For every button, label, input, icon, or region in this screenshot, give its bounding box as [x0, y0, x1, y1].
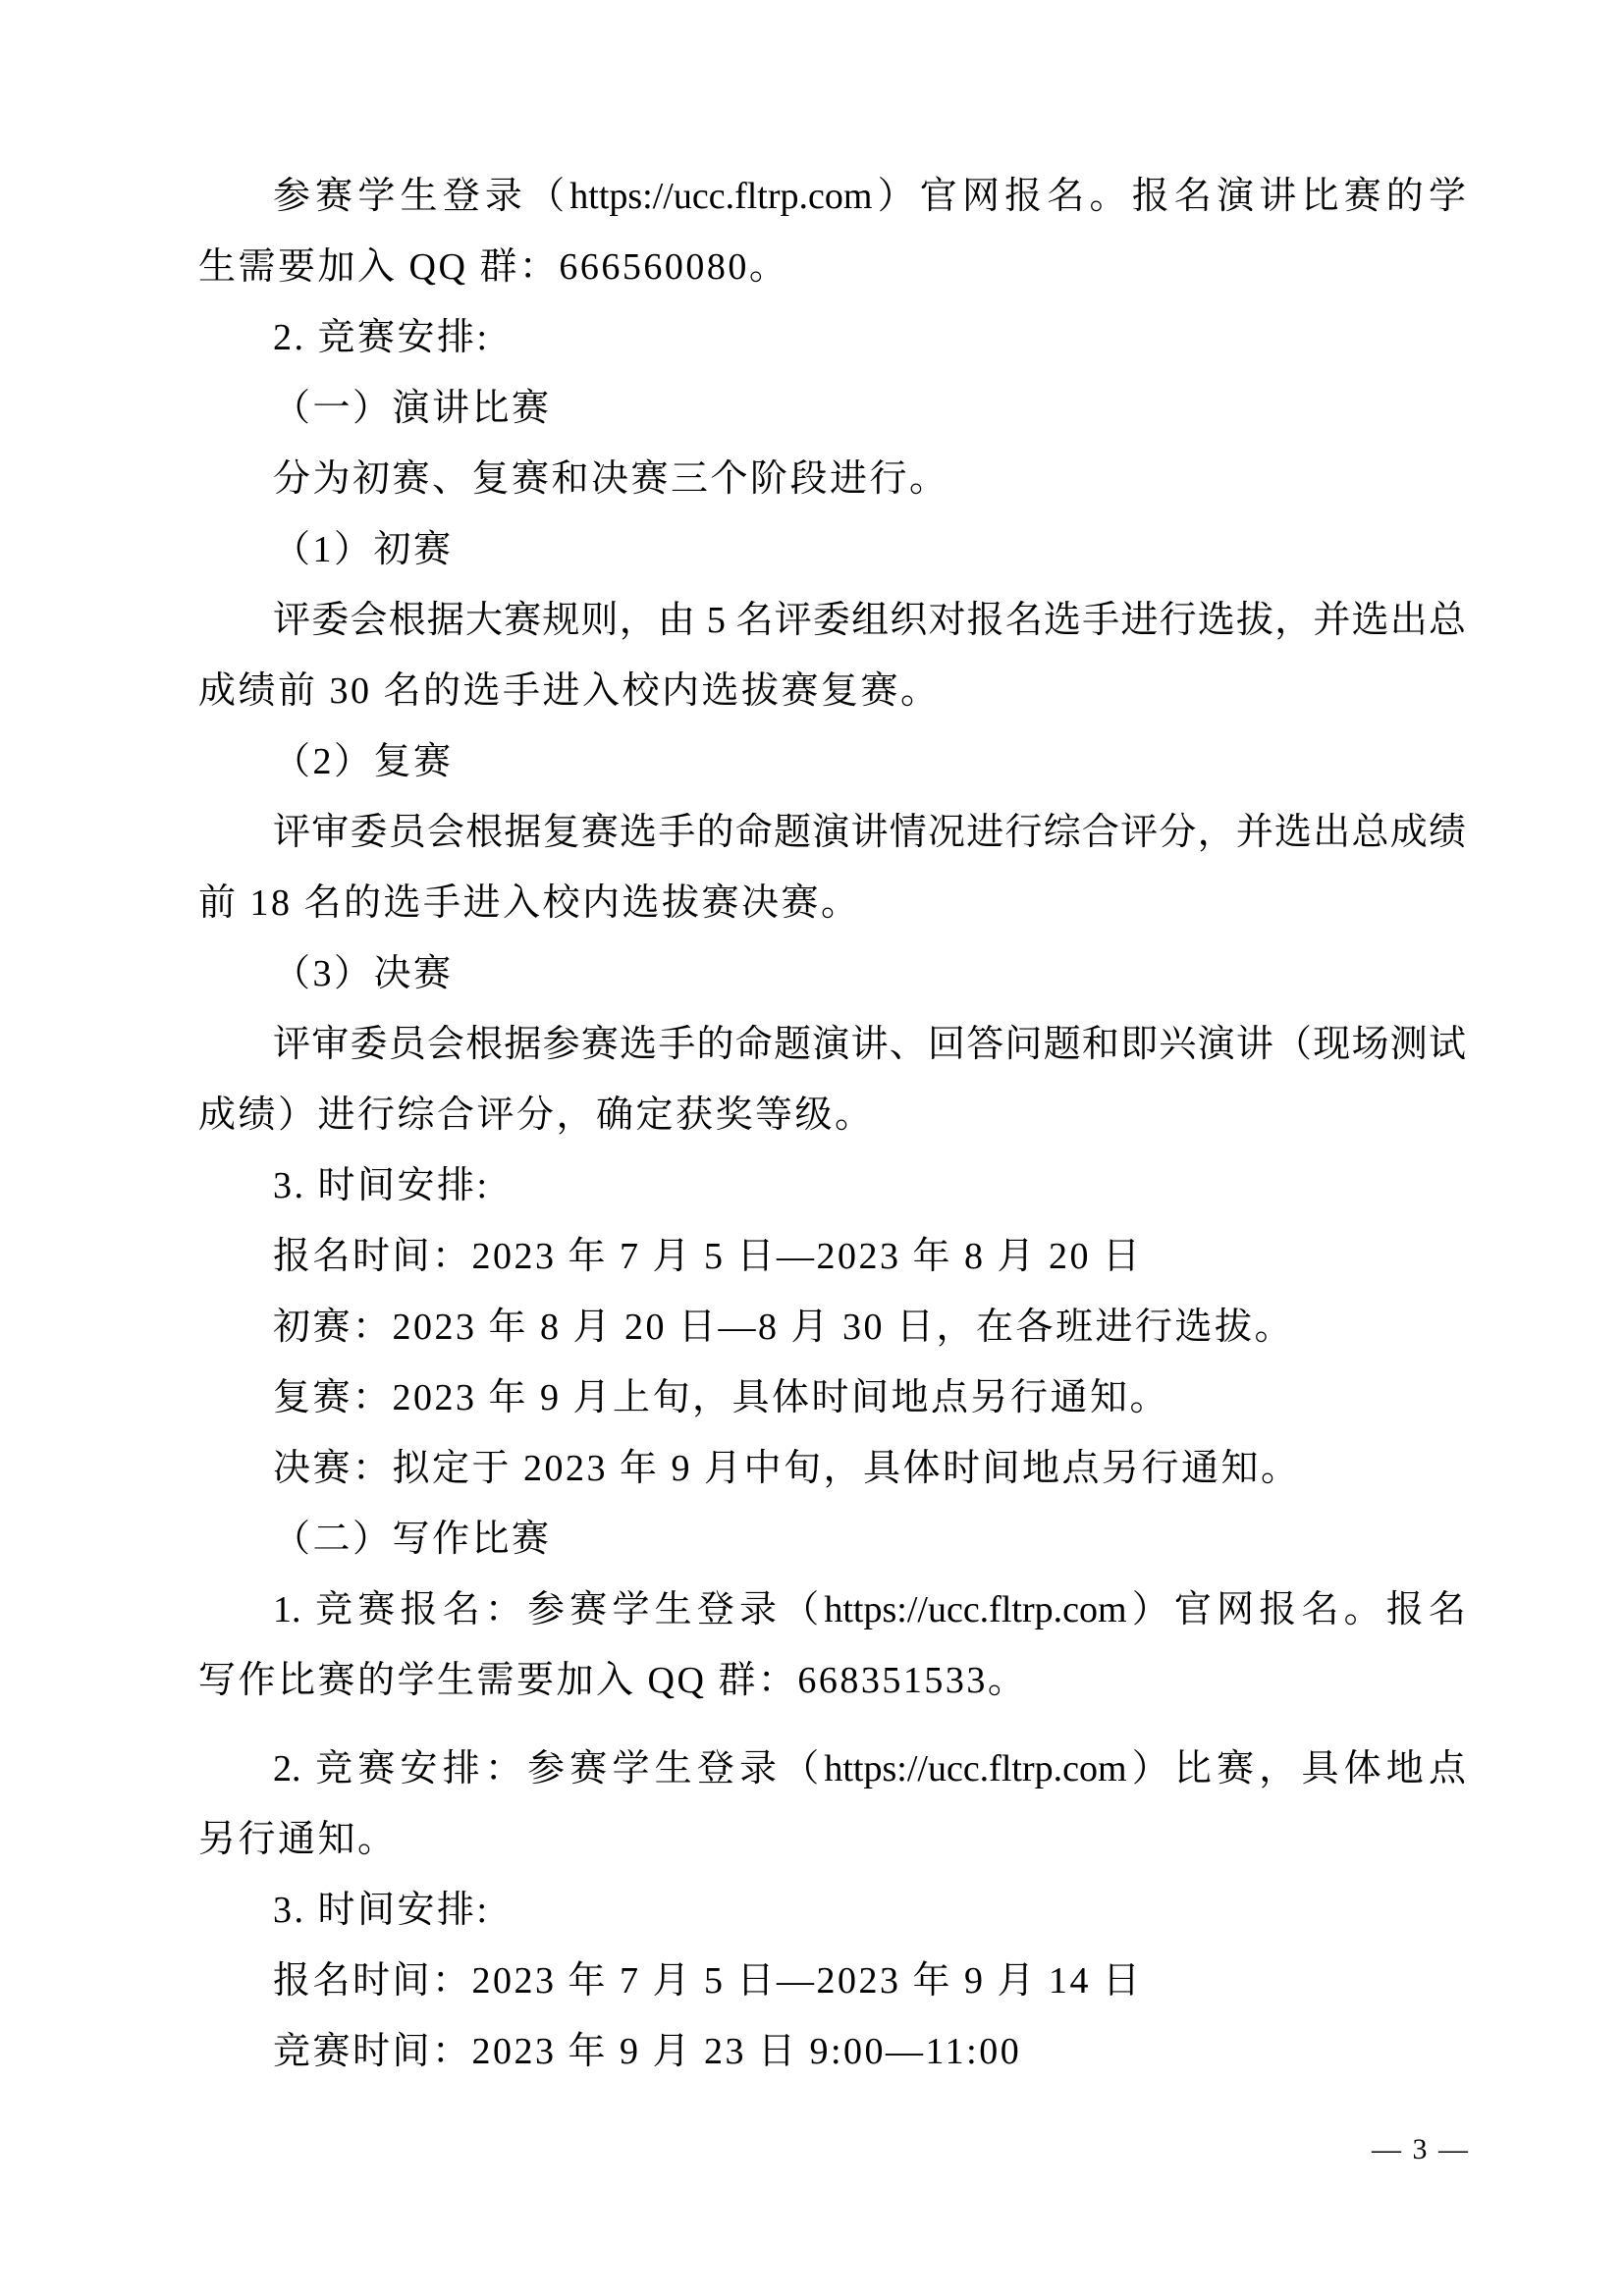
doc-line: 1. 竞赛报名：参赛学生登录（https://ucc.fltrp.com）官网报…	[198, 1575, 1466, 1645]
doc-line: 评审委员会根据复赛选手的命题演讲情况进行综合评分，并选出总成绩	[198, 797, 1466, 868]
doc-line: 复赛：2023 年 9 月上旬，具体时间地点另行通知。	[198, 1362, 1466, 1433]
doc-line: 评审委员会根据参赛选手的命题演讲、回答问题和即兴演讲（现场测试	[198, 1009, 1466, 1080]
doc-line: 参赛学生登录（https://ucc.fltrp.com）官网报名。报名演讲比赛…	[198, 161, 1466, 232]
document-page: 参赛学生登录（https://ucc.fltrp.com）官网报名。报名演讲比赛…	[0, 0, 1624, 2296]
doc-line: 报名时间：2023 年 7 月 5 日—2023 年 9 月 14 日	[198, 1946, 1466, 2016]
doc-line: 另行通知。	[198, 1804, 1466, 1875]
doc-line: 3. 时间安排:	[198, 1150, 1466, 1221]
doc-line: 初赛：2023 年 8 月 20 日—8 月 30 日，在各班进行选拔。	[198, 1292, 1466, 1362]
doc-line: 分为初赛、复赛和决赛三个阶段进行。	[198, 444, 1466, 514]
doc-line: 2. 竞赛安排:	[198, 302, 1466, 373]
doc-line: 生需要加入 QQ 群：666560080。	[198, 232, 1466, 302]
document-body: 参赛学生登录（https://ucc.fltrp.com）官网报名。报名演讲比赛…	[198, 161, 1466, 2087]
doc-line: （1）初赛	[198, 514, 1466, 585]
doc-line: 报名时间：2023 年 7 月 5 日—2023 年 8 月 20 日	[198, 1221, 1466, 1292]
page-number: — 3 —	[1372, 2128, 1470, 2171]
doc-line: 成绩）进行综合评分，确定获奖等级。	[198, 1080, 1466, 1150]
doc-line: 评委会根据大赛规则，由 5 名评委组织对报名选手进行选拔，并选出总	[198, 585, 1466, 656]
doc-line: 3. 时间安排:	[198, 1875, 1466, 1946]
doc-line: 竞赛时间：2023 年 9 月 23 日 9:00—11:00	[198, 2016, 1466, 2087]
doc-line: 决赛：拟定于 2023 年 9 月中旬，具体时间地点另行通知。	[198, 1433, 1466, 1504]
doc-line: （3）决赛	[198, 938, 1466, 1009]
doc-line: （二）写作比赛	[198, 1504, 1466, 1575]
doc-line: 写作比赛的学生需要加入 QQ 群：668351533。	[198, 1645, 1466, 1716]
doc-line: 2. 竞赛安排：参赛学生登录（https://ucc.fltrp.com）比赛，…	[198, 1734, 1466, 1804]
doc-line: 前 18 名的选手进入校内选拔赛决赛。	[198, 868, 1466, 938]
doc-line: （2）复赛	[198, 726, 1466, 797]
doc-line: 成绩前 30 名的选手进入校内选拔赛复赛。	[198, 656, 1466, 726]
doc-line: （一）演讲比赛	[198, 373, 1466, 444]
